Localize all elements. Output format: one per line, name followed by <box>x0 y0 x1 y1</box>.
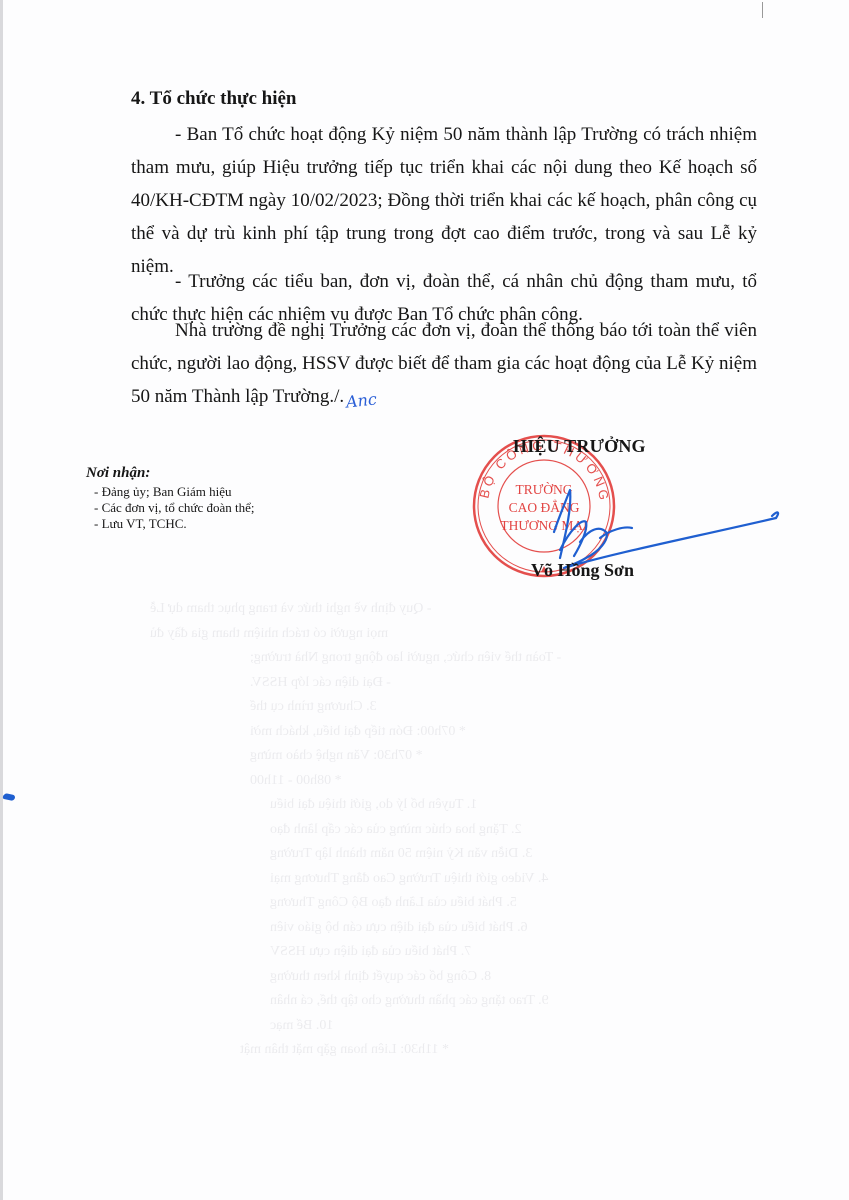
document-page: - Quy định về nghi thức và trang phục th… <box>0 0 849 1200</box>
paragraph-organizing-committee: - Ban Tổ chức hoạt động Kỷ niệm 50 năm t… <box>131 118 757 283</box>
ghost-line: * 07h30: Văn nghệ chào mừng <box>250 745 423 767</box>
ghost-line: - Đại diện các lớp HSSV. <box>250 672 391 694</box>
recipient-item: - Đảng ủy; Ban Giám hiệu <box>86 484 255 500</box>
paragraph-announcement: Nhà trường đề nghị Trưởng các đơn vị, đo… <box>131 314 757 413</box>
recipient-item: - Các đơn vị, tổ chức đoàn thể; <box>86 500 255 516</box>
handwritten-signature <box>540 480 780 600</box>
ghost-line: * 08h00 - 11h00 <box>250 770 342 792</box>
scan-edge <box>0 0 3 1200</box>
ghost-line: 7. Phát biểu của đại diện cựu HSSV <box>270 941 471 963</box>
recipient-item: - Lưu VT, TCHC. <box>86 516 255 532</box>
ghost-line: 3. Chương trình cụ thể <box>250 696 377 718</box>
ghost-line: 1. Tuyên bố lý do, giới thiệu đại biểu <box>270 794 477 816</box>
ghost-line: mọi người có trách nhiệm tham gia đầy đủ <box>150 623 388 645</box>
ghost-line: * 11h30: Liên hoan gặp mặt thân mật <box>240 1039 449 1061</box>
ghost-line: 3. Diễn văn Kỷ niệm 50 năm thành lập Trư… <box>270 843 532 865</box>
ghost-line: 9. Trao tặng các phần thưởng cho tập thể… <box>270 990 549 1012</box>
ghost-line: 2. Tặng hoa chúc mừng của các cấp lãnh đ… <box>270 819 521 841</box>
ghost-line: - Quy định về nghi thức và trang phục th… <box>150 598 432 620</box>
ghost-line: 10. Bế mạc <box>270 1015 333 1037</box>
ghost-line: 8. Công bố các quyết định khen thưởng <box>270 966 491 988</box>
signatory-title: HIỆU TRƯỞNG <box>513 436 646 457</box>
ghost-line: 5. Phát biểu của Lãnh đạo Bộ Công Thương <box>270 892 517 914</box>
ghost-line: - Toàn thể viên chức, người lao động tro… <box>250 647 561 669</box>
ghost-line: * 07h00: Đón tiếp đại biểu, khách mời <box>250 721 466 743</box>
scan-mark <box>762 2 763 18</box>
initials-mark: Anc <box>345 382 379 418</box>
signatory-name: Võ Hồng Sơn <box>531 560 634 581</box>
section-heading: 4. Tổ chức thực hiện <box>131 88 297 110</box>
ink-blot <box>3 793 16 801</box>
ghost-line: 6. Phát biểu của đại diện cựu cán bộ giá… <box>270 917 528 939</box>
recipients-label: Nơi nhận: <box>86 465 255 482</box>
ghost-line: 4. Video giới thiệu Trường Cao đẳng Thươ… <box>270 868 548 890</box>
recipients-block: Nơi nhận: - Đảng ủy; Ban Giám hiệu - Các… <box>86 465 255 532</box>
